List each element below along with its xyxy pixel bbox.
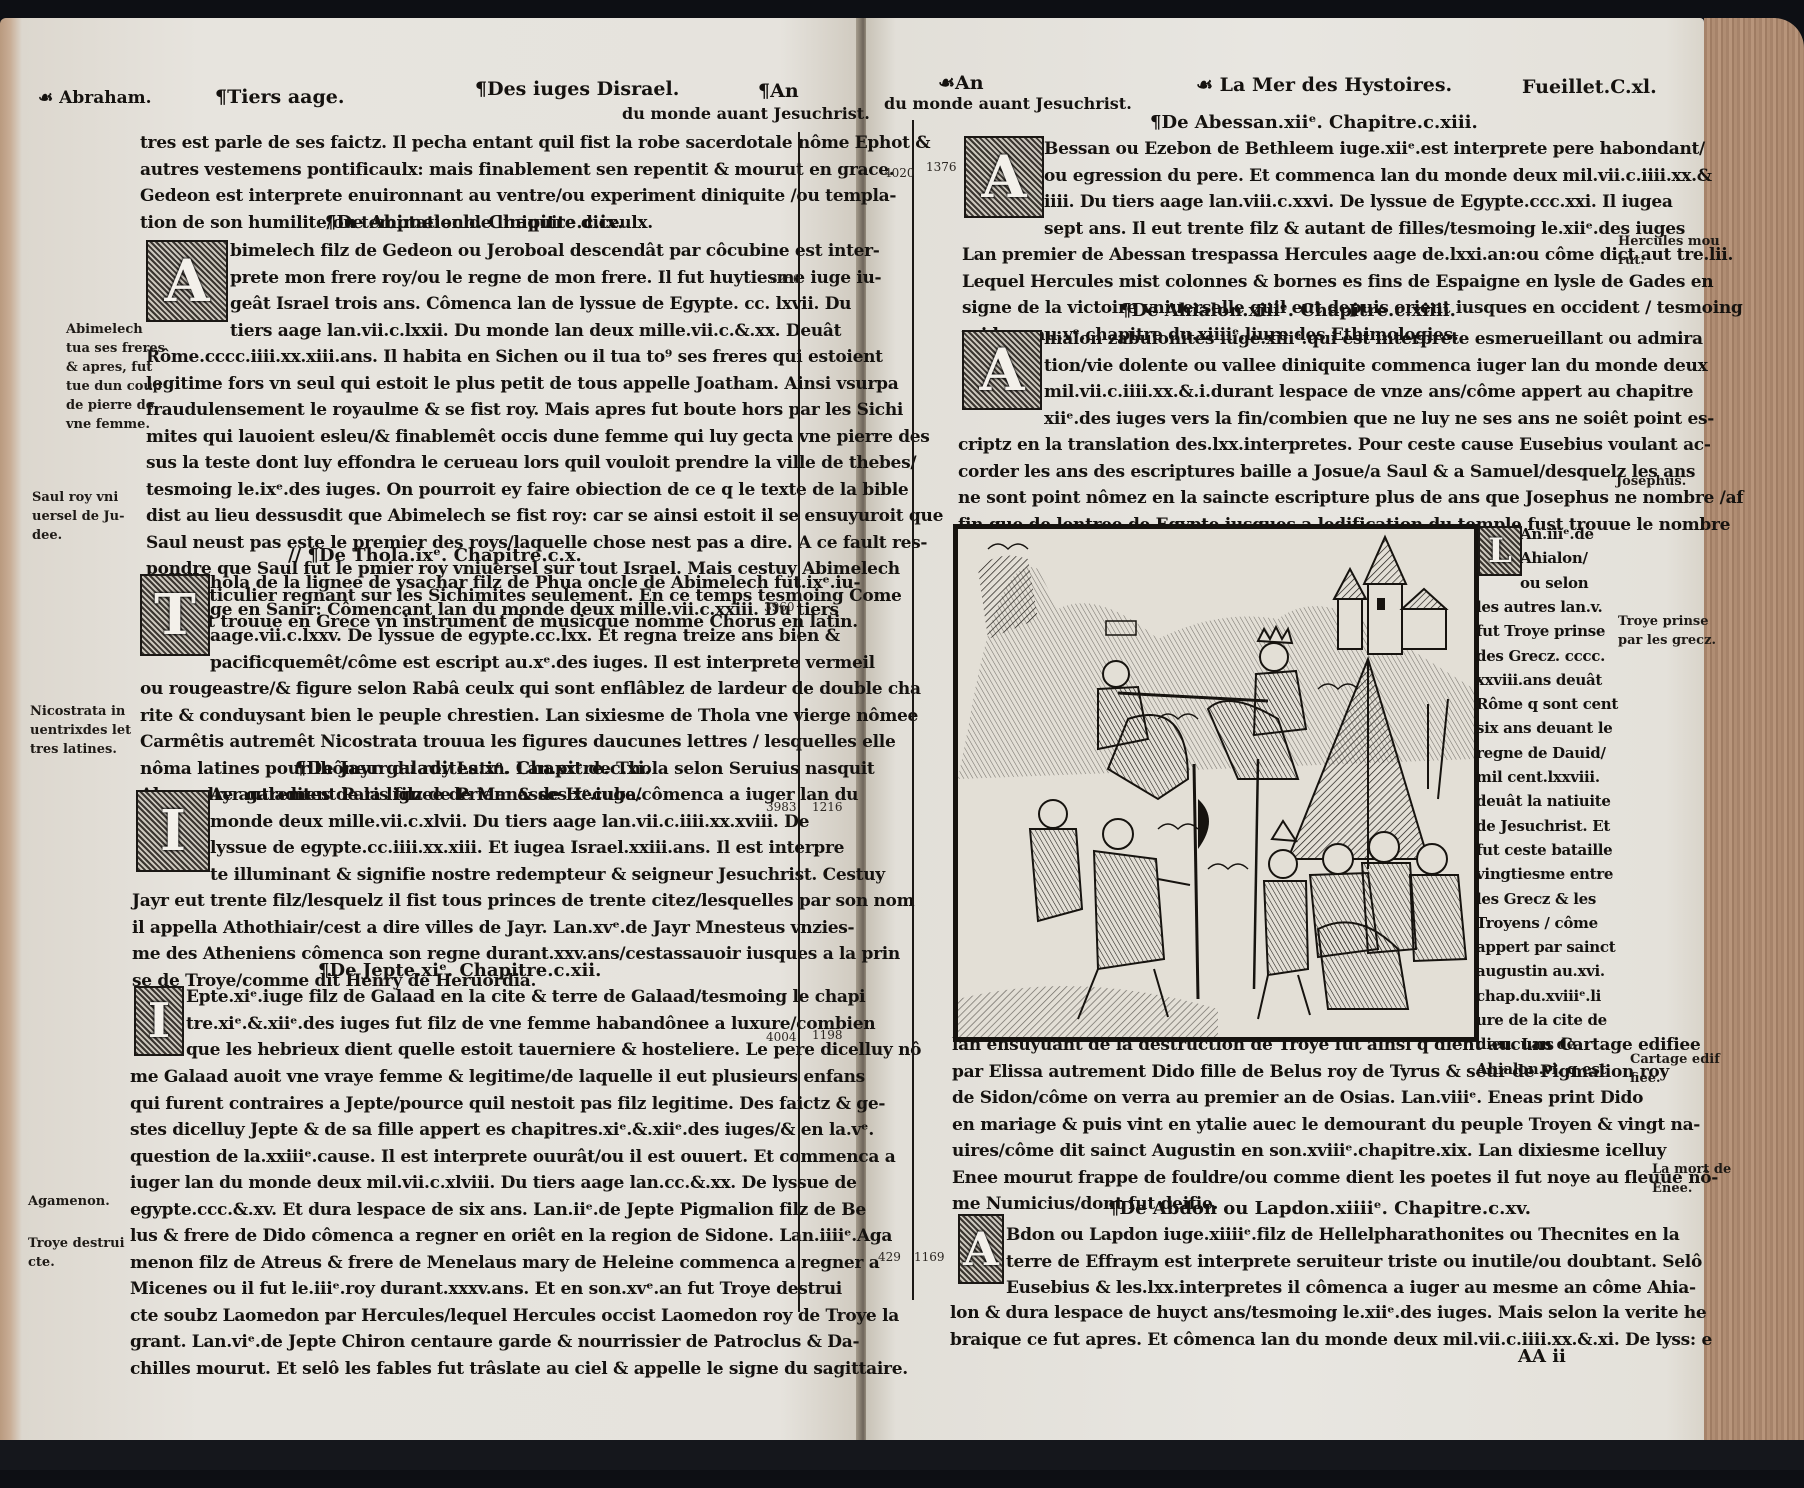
abdon-text: lon & dura lespace de huyct ans/tesmoing… — [950, 1300, 1712, 1353]
after-woodcut-text: lan ensuyuant de la destruction de Troye… — [952, 1032, 1718, 1218]
pilcrow-icon: ☙ — [1196, 74, 1220, 96]
chapter-heading-abimelech: ¶De Abimelech. Chapitre.c.ix. — [325, 212, 624, 233]
chapter-heading-ahialon: ¶De Ahialon.xiiiᵉ. Chapitre.c.xiiii. — [1120, 300, 1456, 321]
abimelech-text-indented: bimelech filz de Gedeon ou Jeroboal desc… — [230, 238, 881, 344]
year-number: 3956 — [770, 272, 801, 286]
year-number: 4020 — [884, 166, 915, 180]
chapter-heading-abdon: ¶De Abdon ou Lapdon.xiiiiᵉ. Chapitre.c.x… — [1108, 1198, 1531, 1219]
year-number: 1376 — [926, 160, 957, 174]
year-number: 1198 — [812, 1028, 843, 1042]
book-title-running-head: ☙ La Mer des Hystoires. — [1196, 74, 1452, 96]
running-head-age: ¶Tiers aage. — [215, 86, 344, 108]
abessan-text-indented: Bessan ou Ezebon de Bethleem iuge.xiiᵉ.e… — [1044, 136, 1712, 242]
margin-note-mort-enee: La mort de Enee. — [1652, 1160, 1731, 1198]
decorated-initial-a: A — [964, 136, 1044, 218]
decorated-initial-a: A — [962, 330, 1042, 410]
margin-note-nicostrata: Nicostrata in uentrixdes let tres latine… — [30, 702, 131, 759]
woodcut-battle-scene-icon — [958, 529, 1474, 1037]
side-column-text-indented: An.iiiᵉ.de Ahialon/ ou selon — [1520, 522, 1594, 595]
decorated-initial-a: A — [146, 240, 228, 322]
pilcrow-icon: ☙ — [38, 88, 59, 108]
decorated-initial-a: A — [958, 1214, 1004, 1284]
decorated-initial-i: I — [134, 986, 184, 1056]
paragraph-mark-icon: ¶ — [215, 86, 227, 108]
jayr-text-indented: Ayr galadites de la lignee de Manasses.x… — [210, 782, 885, 888]
paragraph-mark-icon: ¶ — [1150, 112, 1161, 133]
year-number: 429 — [878, 1250, 901, 1264]
margin-note-troye-destruicte: Troye destrui cte. — [28, 1234, 125, 1272]
thola-text-indented: hola de la lignee de ysachar filz de Phu… — [210, 570, 875, 676]
paragraph-mark-icon: ¶ — [1120, 300, 1131, 321]
paragraph-mark-icon: ¶ — [758, 80, 770, 102]
paragraph-mark-icon: ¶ — [318, 960, 329, 981]
year-number: 4004 — [766, 1030, 797, 1044]
margin-note-saul: Saul roy vni uersel de Ju- dee. — [32, 488, 125, 545]
pilcrow-icon: ☙ — [938, 72, 955, 94]
signature-mark: AA ii — [1518, 1346, 1566, 1367]
year-number: 3960 — [764, 600, 795, 614]
abdon-text-indented: Bdon ou Lapdon iuge.xiiiiᵉ.filz de Helle… — [1006, 1222, 1702, 1302]
side-column-text: les autres lan.v. fut Troye prinse des G… — [1476, 595, 1618, 1081]
folio-number: Fueillet.C.xl. — [1522, 76, 1657, 98]
margin-note-cartage: Cartage edif fiee. — [1630, 1050, 1720, 1088]
decorated-initial-l: L — [1478, 526, 1522, 576]
year-number: 1169 — [914, 1250, 945, 1264]
running-head-an: ¶An — [758, 80, 799, 102]
running-head-subtitle: du monde auant Jesuchrist. — [622, 104, 870, 123]
paragraph-mark-icon: ¶ — [475, 78, 487, 100]
woodcut-illustration-siege-of-troy — [953, 524, 1479, 1042]
decorated-initial-t: T — [140, 574, 210, 656]
year-number: 1216 — [812, 800, 843, 814]
paragraph-mark-icon: ¶ — [307, 545, 318, 566]
decorated-initial-i: I — [136, 790, 210, 872]
jepte-text: me Galaad auoit vne vraye femme & legiti… — [130, 1064, 908, 1382]
binding-shadow — [0, 1440, 1804, 1470]
chapter-heading-thola: // ¶De Thola.ixᵉ. Chapitre.c.x. — [288, 545, 582, 566]
paragraph-mark-icon: ¶ — [325, 212, 336, 233]
ahialon-text-indented: hialon zabulonites iuge.xiiiᵉ.qui est in… — [1044, 326, 1714, 432]
running-head-an: ☙An — [938, 72, 984, 94]
paragraph-mark-icon: ¶ — [1108, 1198, 1119, 1219]
running-head-center: ¶Des iuges Disrael. — [475, 78, 679, 100]
margin-note-hercules: Hercules mou rut. — [1618, 232, 1720, 270]
jepte-text-indented: Epte.xiᵉ.iuge filz de Galaad en la cite … — [186, 984, 921, 1064]
margin-note-troye-prinse: Troye prinse par les grecz. — [1618, 612, 1716, 650]
running-head-left: ☙ Abraham. — [38, 88, 152, 108]
running-head-subtitle: du monde auant Jesuchrist. — [884, 94, 1132, 113]
margin-note-josephus: Josephus. — [1616, 472, 1686, 491]
year-number: 3983 — [766, 800, 797, 814]
margin-note-agamenon: Agamenon. — [28, 1192, 110, 1211]
chapter-heading-jayr: ¶De Jayr galadites.xᵉ. Chapitre.c.xi. — [295, 758, 651, 779]
margin-note-abimelech: Abimelech tua ses freres & apres, fut tu… — [66, 320, 165, 434]
chapter-heading-abessan: ¶De Abessan.xiiᵉ. Chapitre.c.xiii. — [1150, 112, 1478, 133]
column-rule — [912, 120, 914, 1300]
chapter-heading-jepte: ¶De Jepte.xiᵉ. Chapitre.c.xii. — [318, 960, 601, 981]
paragraph-mark-icon: ¶ — [295, 758, 306, 779]
